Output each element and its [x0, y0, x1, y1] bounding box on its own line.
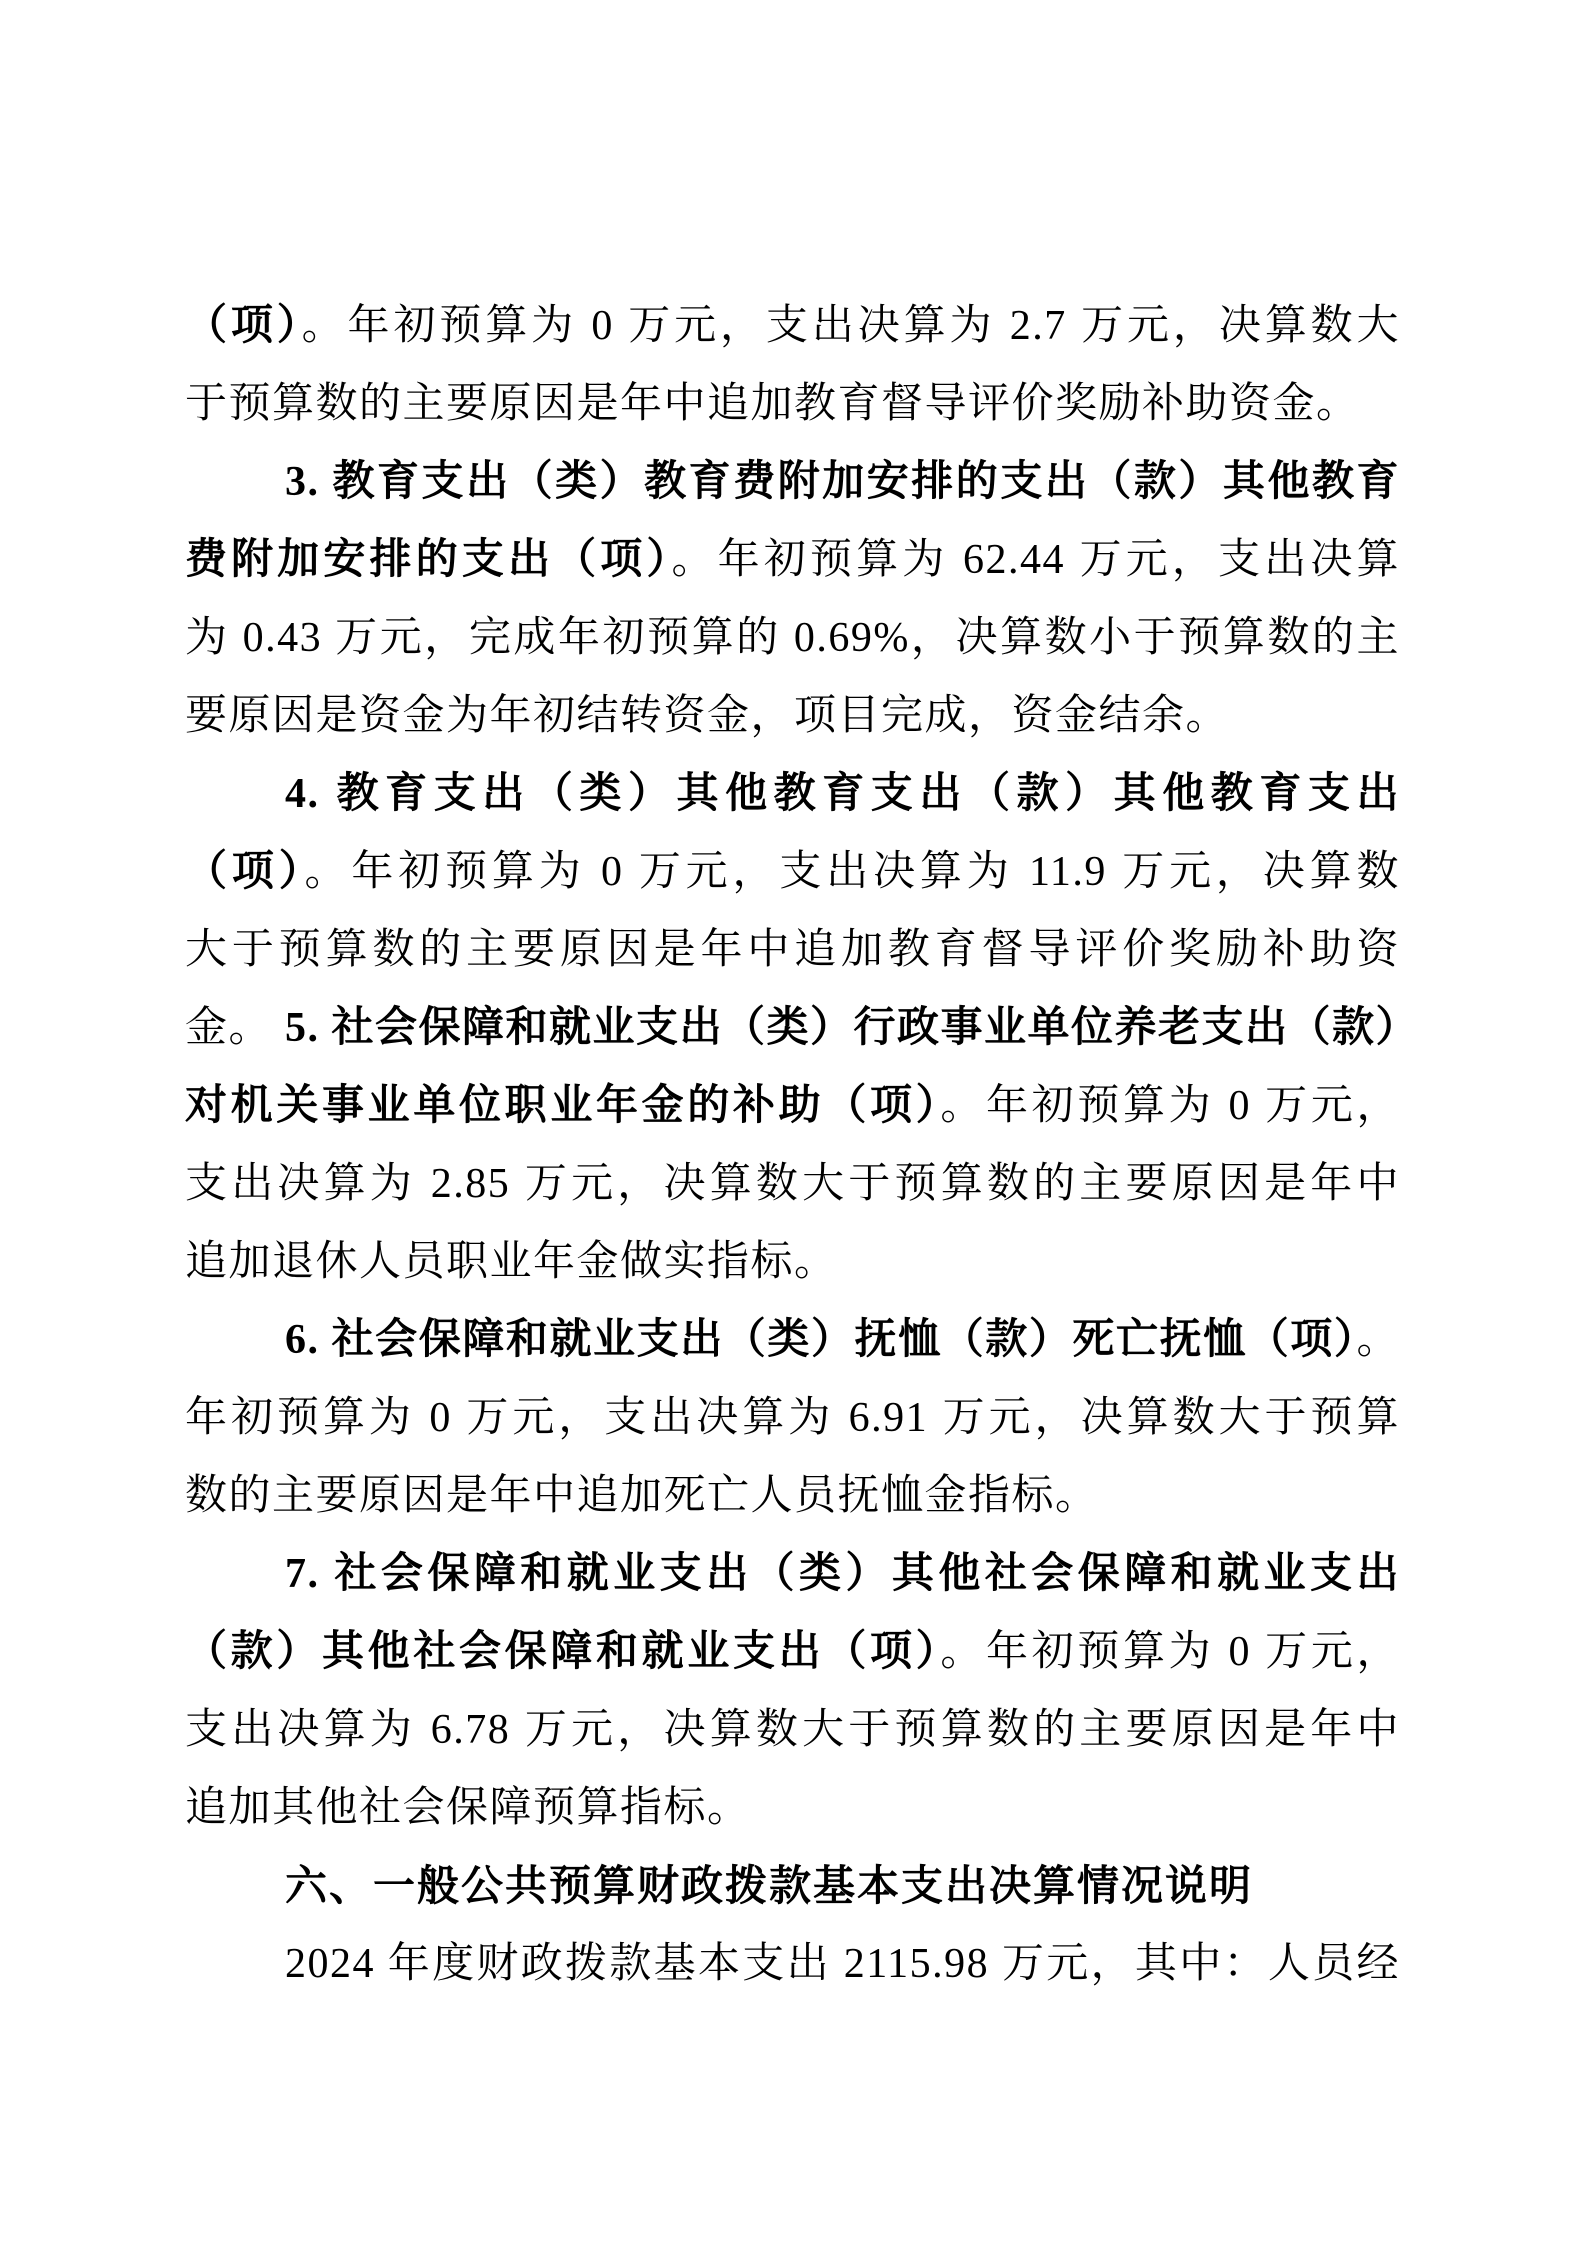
text-run: 。: [1356, 1317, 1400, 1363]
bold-text-run: 5. 社会保障和就业支出（类）行政事业单位养老支出（款）: [285, 1005, 1419, 1051]
text-line: 于预算数的主要原因是年中追加教育督导评价奖励补助资金。: [185, 365, 1400, 443]
text-line: 6. 社会保障和就业支出（类）抚恤（款）死亡抚恤（项）。: [185, 1301, 1400, 1379]
text-line: 对机关事业单位职业年金的补助（项）。年初预算为 0 万元，: [185, 1067, 1400, 1145]
bold-text-run: 6. 社会保障和就业支出（类）抚恤（款）死亡抚恤（项）: [285, 1317, 1356, 1363]
text-line: 追加退休人员职业年金做实指标。: [185, 1223, 1400, 1301]
text-run: 为 0.43 万元，完成年初预算的 0.69%，决算数小于预算数的主: [185, 615, 1400, 661]
text-run: 年初预算为 0 万元，支出决算为 6.91 万元，决算数大于预算: [185, 1395, 1400, 1441]
text-line: 追加其他社会保障预算指标。: [185, 1769, 1400, 1847]
text-run: 支出决算为 6.78 万元，决算数大于预算数的主要原因是年中: [185, 1707, 1400, 1753]
bold-text-run: 3. 教育支出（类）教育费附加安排的支出（款）其他教育: [285, 459, 1400, 505]
text-line: 4. 教育支出（类）其他教育支出（款）其他教育支出: [185, 755, 1400, 833]
document-page: （项）。年初预算为 0 万元，支出决算为 2.7 万元，决算数大 于预算数的主要…: [0, 0, 1587, 2245]
text-line: 费附加安排的支出（项）。年初预算为 62.44 万元，支出决算: [185, 521, 1400, 599]
bold-text-run: 费附加安排的支出（项）: [185, 537, 672, 583]
text-run: 要原因是资金为年初结转资金，项目完成，资金结余。: [185, 693, 1229, 739]
bold-text-run: 4. 教育支出（类）其他教育支出（款）其他教育支出: [285, 771, 1400, 817]
text-line: 3. 教育支出（类）教育费附加安排的支出（款）其他教育: [185, 443, 1400, 521]
bold-text-run: （款）其他社会保障和就业支出（项）: [185, 1629, 940, 1675]
text-run: 追加其他社会保障预算指标。: [185, 1785, 751, 1831]
text-line: 要原因是资金为年初结转资金，项目完成，资金结余。: [185, 677, 1400, 755]
text-run: 。年初预算为 0 万元，支出决算为 2.7 万元，决算数大: [302, 303, 1400, 349]
document-body: （项）。年初预算为 0 万元，支出决算为 2.7 万元，决算数大 于预算数的主要…: [185, 287, 1400, 2003]
text-run: 。年初预算为 62.44 万元，支出决算: [672, 537, 1400, 583]
text-run: 。年初预算为 0 万元，支出决算为 11.9 万元，决算数: [305, 849, 1400, 895]
text-run: 追加退休人员职业年金做实指标。: [185, 1239, 838, 1285]
text-line: （款）其他社会保障和就业支出（项）。年初预算为 0 万元，: [185, 1613, 1400, 1691]
bold-text-run: （项）: [185, 303, 302, 349]
text-line: 2024 年度财政拨款基本支出 2115.98 万元，其中：人员经: [185, 1925, 1400, 2003]
bold-text-run: （项）: [185, 849, 305, 895]
text-run: 支出决算为 2.85 万元，决算数大于预算数的主要原因是年中: [185, 1161, 1400, 1207]
text-run: 于预算数的主要原因是年中追加教育督导评价奖励补助资金。: [185, 381, 1360, 427]
section-heading: 六、一般公共预算财政拨款基本支出决算情况说明: [185, 1847, 1400, 1925]
text-run: 2024 年度财政拨款基本支出 2115.98 万元，其中：人员经: [285, 1941, 1400, 1987]
text-run: 。年初预算为 0 万元，: [940, 1083, 1400, 1129]
text-line: 支出决算为 6.78 万元，决算数大于预算数的主要原因是年中: [185, 1691, 1400, 1769]
text-line: （项）。年初预算为 0 万元，支出决算为 11.9 万元，决算数: [185, 833, 1400, 911]
text-line: 大于预算数的主要原因是年中追加教育督导评价奖励补助资金。: [185, 911, 1400, 989]
bold-text-run: 7. 社会保障和就业支出（类）其他社会保障和就业支出: [285, 1551, 1400, 1597]
heading-text: 六、一般公共预算财政拨款基本支出决算情况说明: [285, 1862, 1253, 1909]
text-line: 数的主要原因是年中追加死亡人员抚恤金指标。: [185, 1457, 1400, 1535]
text-line: 7. 社会保障和就业支出（类）其他社会保障和就业支出: [185, 1535, 1400, 1613]
text-run: 。年初预算为 0 万元，: [940, 1629, 1400, 1675]
bold-text-run: 对机关事业单位职业年金的补助（项）: [185, 1083, 940, 1129]
text-line: 年初预算为 0 万元，支出决算为 6.91 万元，决算数大于预算: [185, 1379, 1400, 1457]
text-run: 数的主要原因是年中追加死亡人员抚恤金指标。: [185, 1473, 1099, 1519]
text-line: 支出决算为 2.85 万元，决算数大于预算数的主要原因是年中: [185, 1145, 1400, 1223]
text-line: （项）。年初预算为 0 万元，支出决算为 2.7 万元，决算数大: [185, 287, 1400, 365]
text-line: 为 0.43 万元，完成年初预算的 0.69%，决算数小于预算数的主: [185, 599, 1400, 677]
text-line: 5. 社会保障和就业支出（类）行政事业单位养老支出（款）: [185, 989, 1400, 1067]
